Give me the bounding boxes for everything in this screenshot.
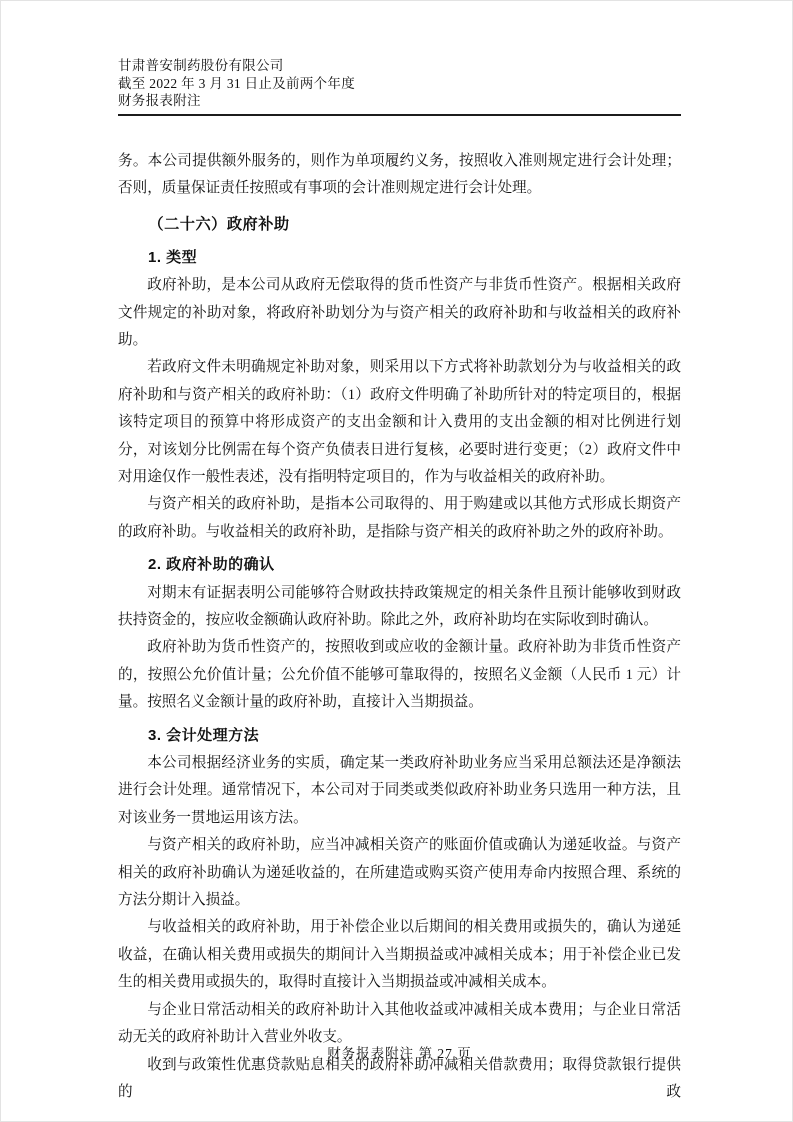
paragraph: 本公司根据经济业务的实质，确定某一类政府补助业务应当采用总额法还是净额法进行会计… xyxy=(118,750,681,832)
subsection-heading: 3. 会计处理方法 xyxy=(118,722,681,749)
paragraph: 对期末有证据表明公司能够符合财政扶持政策规定的相关条件且预计能够收到财政扶持资金… xyxy=(118,580,681,635)
company-name: 甘肃普安制药股份有限公司 xyxy=(118,57,681,75)
subsection-heading: 2. 政府补助的确认 xyxy=(118,551,681,578)
document-title: 财务报表附注 xyxy=(118,92,681,110)
page-content: 甘肃普安制药股份有限公司 截至 2022 年 3 月 31 日止及前两个年度 财… xyxy=(118,57,681,1106)
section-heading: （二十六）政府补助 xyxy=(118,211,681,238)
report-period: 截至 2022 年 3 月 31 日止及前两个年度 xyxy=(118,75,681,93)
paragraph: 政府补助，是本公司从政府无偿取得的货币性资产与非货币性资产。根据相关政府文件规定… xyxy=(118,272,681,354)
paragraph: 与收益相关的政府补助，用于补偿企业以后期间的相关费用或损失的，确认为递延收益，在… xyxy=(118,914,681,996)
page-footer: 财务报表附注 第 27 页 xyxy=(118,1042,681,1062)
document-body: 务。本公司提供额外服务的，则作为单项履约义务，按照收入准则规定进行会计处理；否则… xyxy=(118,148,681,1107)
paragraph: 政府补助为货币性资产的，按照收到或应收的金额计量。政府补助为非货币性资产的，按照… xyxy=(118,634,681,716)
subsection-heading: 1. 类型 xyxy=(118,244,681,271)
document-page: 甘肃普安制药股份有限公司 截至 2022 年 3 月 31 日止及前两个年度 财… xyxy=(0,0,793,1122)
header-rule xyxy=(118,114,681,116)
paragraph: 务。本公司提供额外服务的，则作为单项履约义务，按照收入准则规定进行会计处理；否则… xyxy=(118,148,681,203)
paragraph: 与资产相关的政府补助，应当冲减相关资产的账面价值或确认为递延收益。与资产相关的政… xyxy=(118,832,681,914)
paragraph: 若政府文件未明确规定补助对象，则采用以下方式将补助款划分为与收益相关的政府补助和… xyxy=(118,354,681,491)
document-header: 甘肃普安制药股份有限公司 截至 2022 年 3 月 31 日止及前两个年度 财… xyxy=(118,57,681,116)
paragraph: 与资产相关的政府补助，是指本公司取得的、用于购建或以其他方式形成长期资产的政府补… xyxy=(118,491,681,546)
